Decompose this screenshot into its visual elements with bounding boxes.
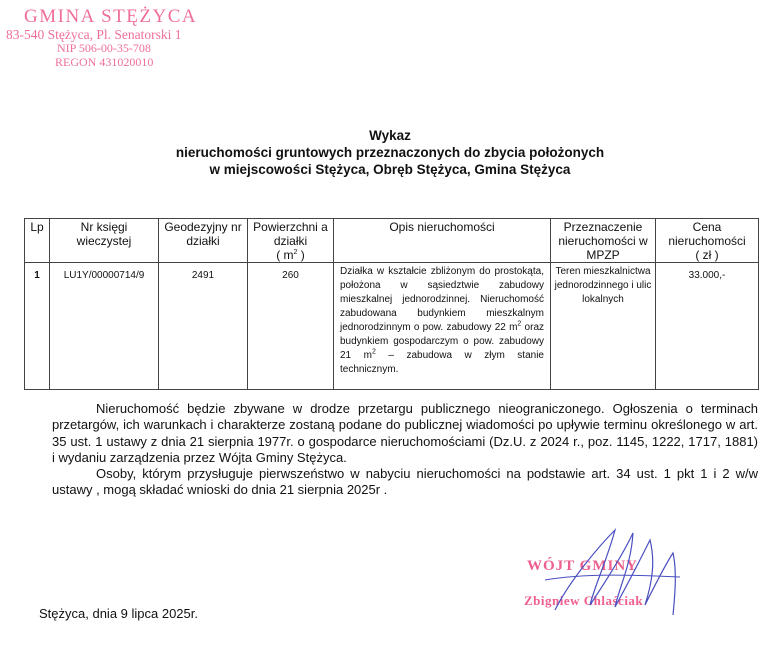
property-table: Lp Nr księgi wieczystej Geodezyjny nr dz… [24,218,759,390]
office-stamp-regon: REGON 431020010 [55,55,153,70]
cell-plot-no: 2491 [159,263,248,390]
paragraph-tender-info: Nieruchomość będzie zbywane w drodze prz… [52,401,758,466]
table-header-row: Lp Nr księgi wieczystej Geodezyjny nr dz… [25,219,759,263]
cell-lp: 1 [25,263,50,390]
header-area-unit: ( m [276,248,293,262]
cell-area: 260 [248,263,334,390]
header-land-register-no: Nr księgi wieczystej [50,219,159,263]
office-stamp-title: GMINA STĘŻYCA [24,6,197,28]
header-price-unit: ( zł ) [695,248,718,262]
cell-zoning-purpose: Teren mieszkalnictwa jednorodzinnego i u… [551,263,656,390]
table-row: 1 LU1Y/00000714/9 2491 260 Działka w ksz… [25,263,759,390]
title-line-3: w miejscowości Stężyca, Obręb Stężyca, G… [160,161,620,178]
title-line-1: Wykaz [160,127,620,144]
place-and-date: Stężyca, dnia 9 lipca 2025r. [39,606,198,621]
handwritten-signature-icon [515,525,695,620]
header-plot-no: Geodezyjny nr działki [159,219,248,263]
cell-land-register-no: LU1Y/00000714/9 [50,263,159,390]
description-part-1: Działka w kształcie zbliżonym do prostok… [340,266,544,333]
office-stamp-nip: NIP 506-00-35-708 [57,41,151,56]
header-lp: Lp [25,219,50,263]
header-area: Powierzchni a działki ( m2 ) [248,219,334,263]
cell-description: Działka w kształcie zbliżonym do prostok… [334,263,551,390]
header-area-label: Powierzchni a działki [253,220,328,248]
paragraph-priority-info: Osoby, którym przysługuje pierwszeństwo … [52,466,758,499]
document-title: Wykaz nieruchomości gruntowych przeznacz… [160,127,620,178]
header-price-label: Cena nieruchomości [668,220,745,248]
cell-price: 33.000,- [656,263,759,390]
title-line-2: nieruchomości gruntowych przeznaczonych … [160,144,620,161]
header-description: Opis nieruchomości [334,219,551,263]
header-zoning-purpose: Przeznaczenie nieruchomości w MPZP [551,219,656,263]
header-price: Cena nieruchomości ( zł ) [656,219,759,263]
signature-block: WÓJT GMINY Zbigniew Chlaściak [515,525,695,620]
header-area-unit-close: ) [297,248,304,262]
body-text: Nieruchomość będzie zbywane w drodze prz… [52,401,758,499]
